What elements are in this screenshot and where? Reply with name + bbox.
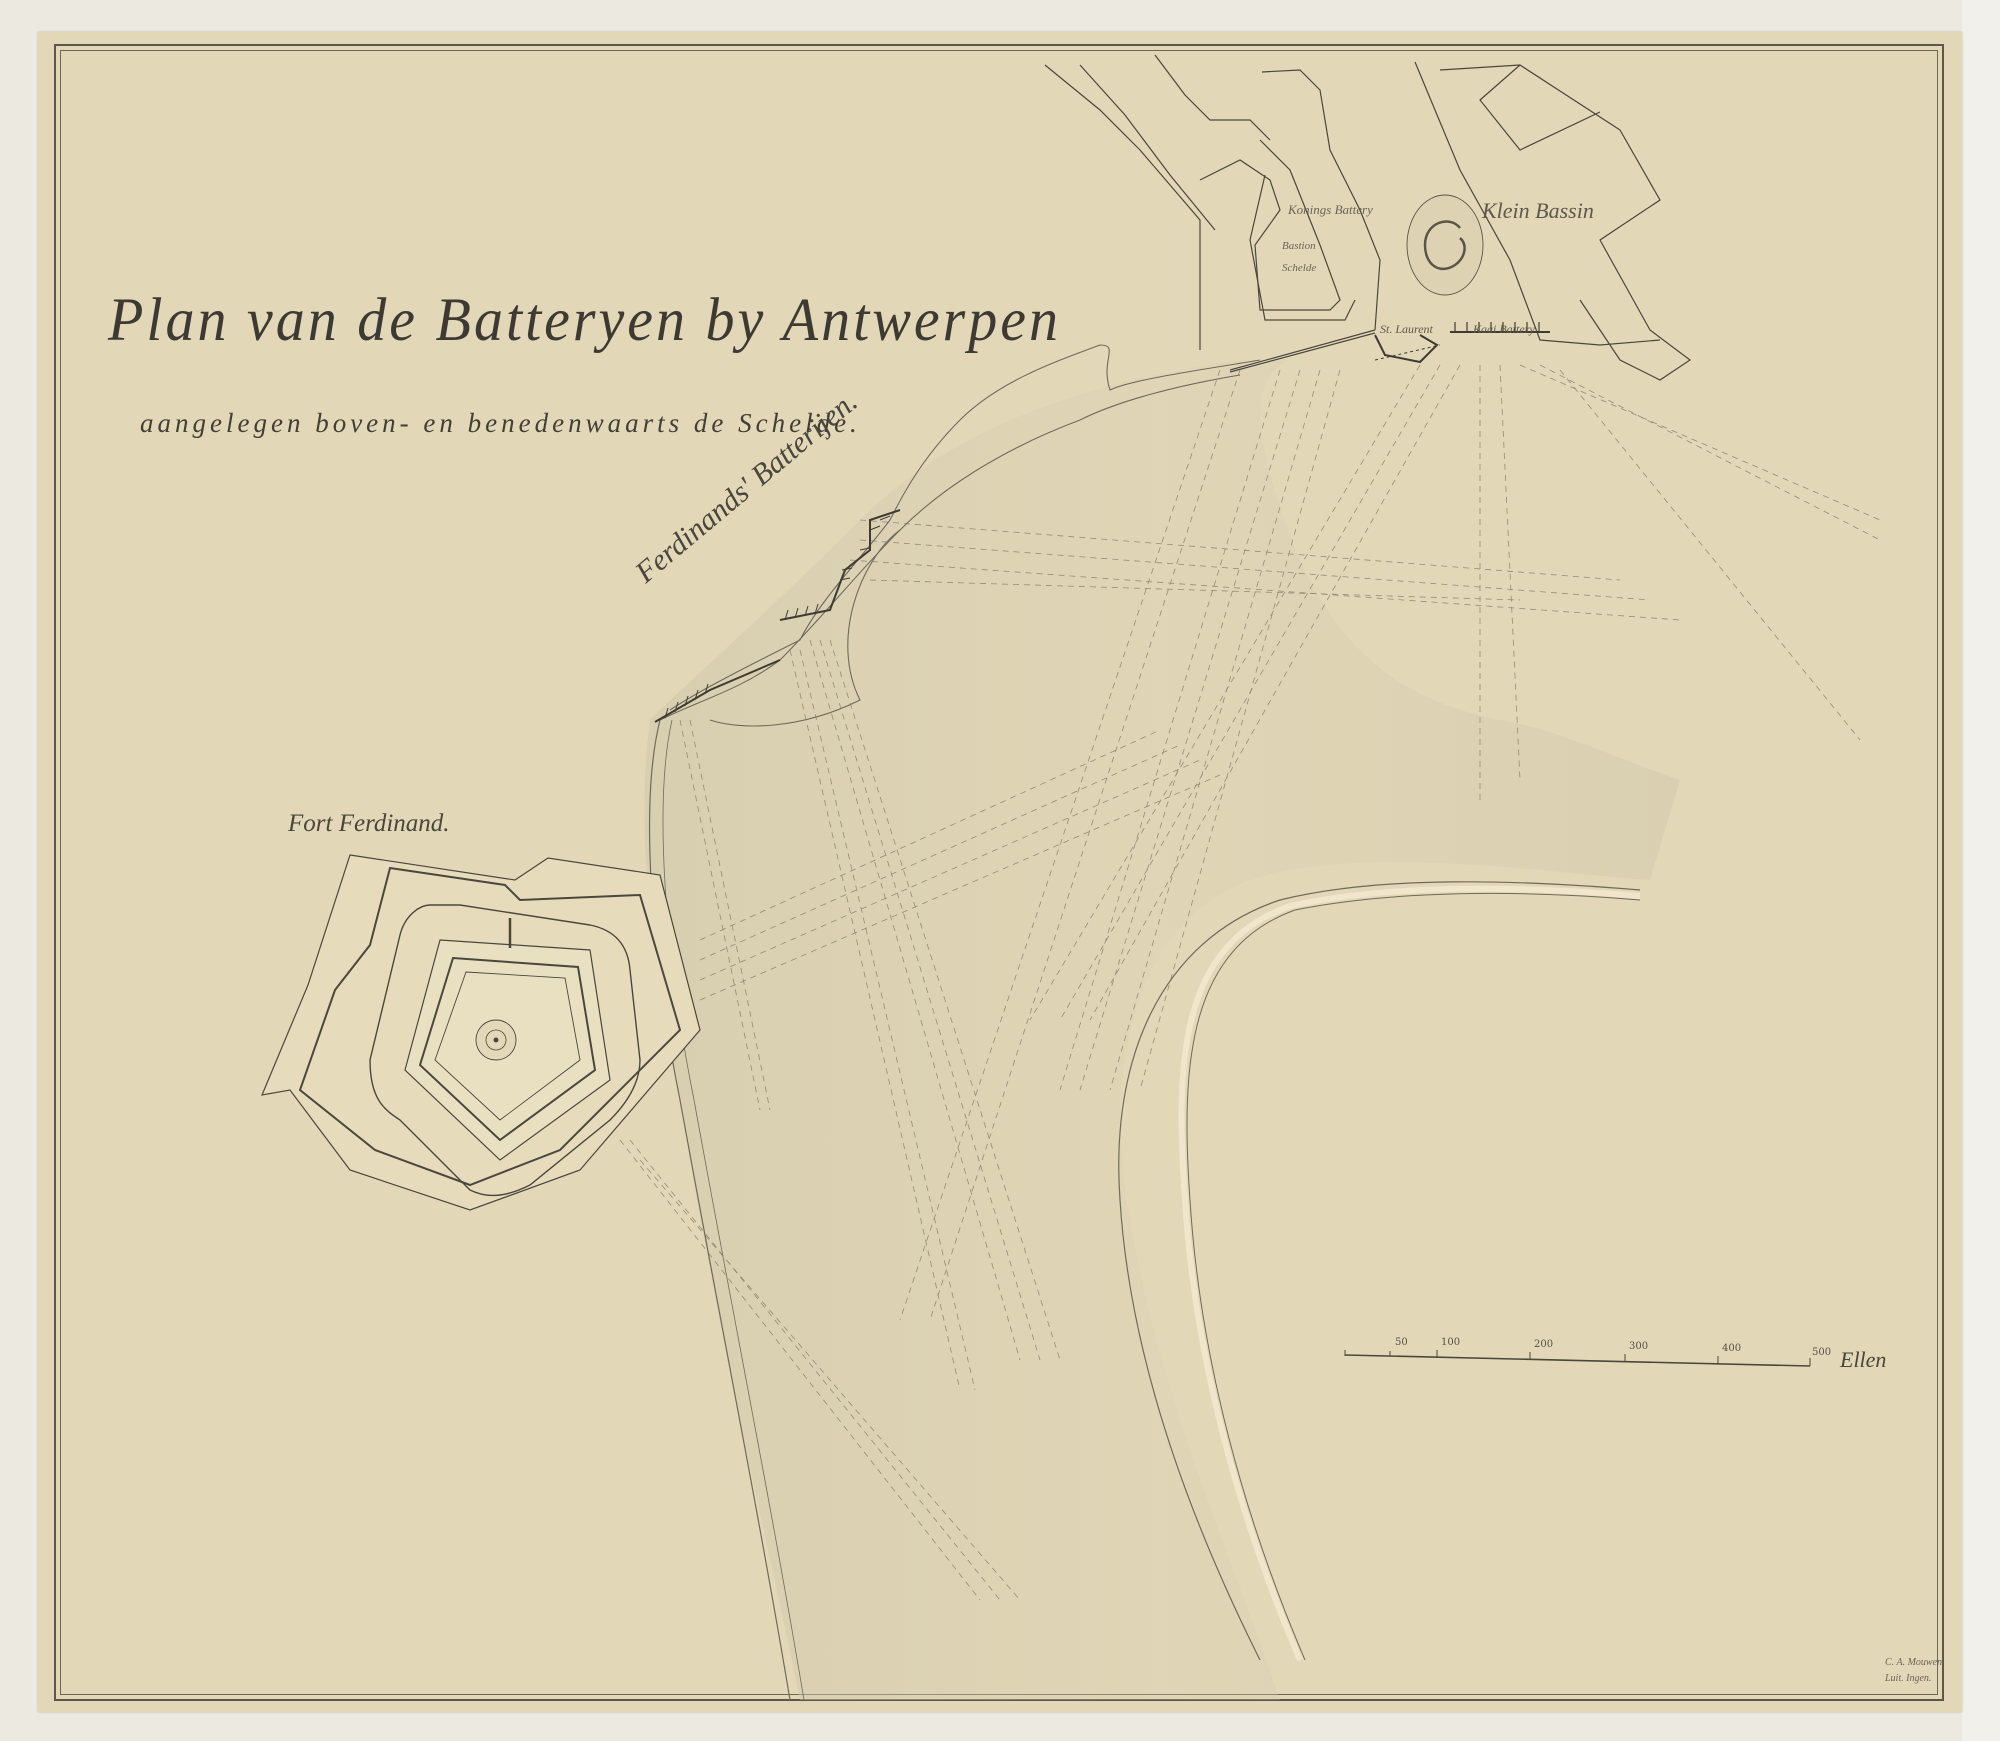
signature-rank: Luit. Ingen. xyxy=(1885,1671,1942,1687)
map-title: Plan van de Batteryen by Antwerpen xyxy=(108,284,1061,354)
map-subtitle: aangelegen boven- en benedenwaarts de Sc… xyxy=(140,408,861,439)
label-klein-bassin: Klein Bassin xyxy=(1482,198,1594,224)
map-drawing xyxy=(0,0,2000,1741)
label-st-laurent: St. Laurent xyxy=(1380,322,1433,337)
river-schelde xyxy=(644,360,1680,1700)
label-bastion-line1: Bastion xyxy=(1282,235,1316,257)
scale-tick-400: 400 xyxy=(1722,1343,1741,1354)
scale-tick-200: 200 xyxy=(1534,1339,1553,1350)
scale-tick-300: 300 xyxy=(1629,1341,1648,1352)
label-kaai-battery: Kaai Battery xyxy=(1473,322,1535,337)
fort-ferdinand xyxy=(262,855,700,1210)
label-bastion-line2: Schelde xyxy=(1282,257,1316,279)
label-konings-battery: Konings Battery xyxy=(1288,202,1373,218)
scale-unit: Ellen xyxy=(1840,1347,1886,1373)
signature: C. A. Mouwen Luit. Ingen. xyxy=(1885,1655,1942,1687)
scale-tick-50: 50 xyxy=(1395,1337,1408,1348)
label-bastion: Bastion Schelde xyxy=(1282,235,1316,279)
signature-name: C. A. Mouwen xyxy=(1885,1655,1942,1671)
scale-tick-100: 100 xyxy=(1441,1337,1460,1348)
scale-tick-500: 500 xyxy=(1812,1347,1831,1358)
fort-center-well xyxy=(476,1020,516,1060)
konings-battery xyxy=(1407,195,1483,295)
label-fort-ferdinand: Fort Ferdinand. xyxy=(288,810,450,838)
